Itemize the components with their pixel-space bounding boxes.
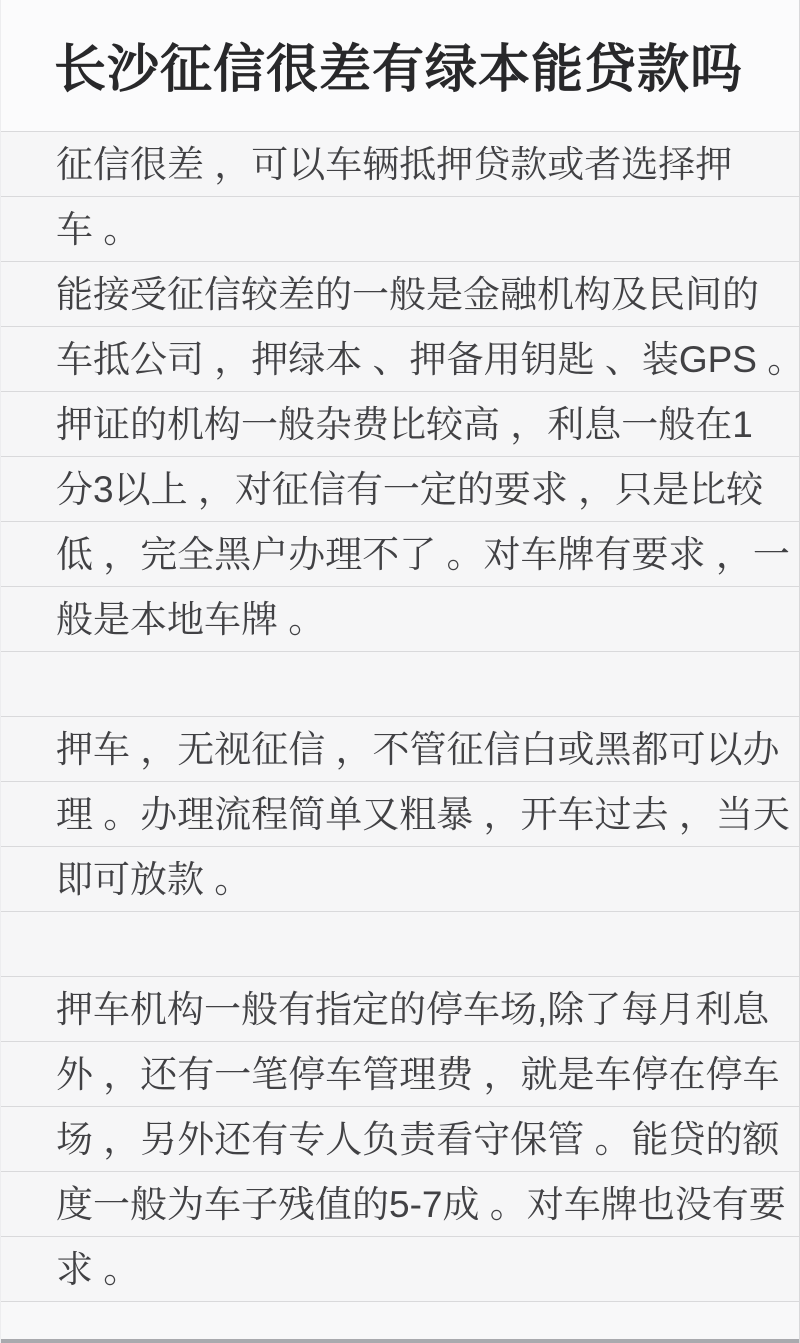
text-row: 外 ，还有一笔停车管理费 ，就是车停在停车 (1, 1041, 799, 1106)
text-row: 车 。 (1, 196, 799, 261)
text-row: 低 ，完全黑户办理不了 。对车牌有要求 ，一 (1, 521, 799, 586)
text-row: 押车机构一般有指定的停车场,除了每月利息 (1, 976, 799, 1041)
text-row: 能接受征信较差的一般是金融机构及民间的 (1, 261, 799, 326)
spacer-row (1, 911, 799, 976)
article-title: 长沙征信很差有绿本能贷款吗 (54, 42, 743, 99)
text-row: 分3以上 ，对征信有一定的要求 ，只是比较 (1, 456, 799, 521)
title-block: 长沙征信很差有绿本能贷款吗 (1, 0, 799, 131)
spacer-row (1, 1301, 799, 1339)
text-row: 车抵公司 ，押绿本 、押备用钥匙 、装GPS 。 (1, 326, 799, 391)
text-row: 押证的机构一般杂费比较高 ，利息一般在1 (1, 391, 799, 456)
text-row: 场 ，另外还有专人负责看守保管 。能贷的额 (1, 1106, 799, 1171)
text-row: 理 。办理流程简单又粗暴 ，开车过去 ，当天 (1, 781, 799, 846)
text-row: 即可放款 。 (1, 846, 799, 911)
text-row: 度一般为车子残值的5-7成 。对车牌也没有要 (1, 1171, 799, 1236)
footer-bar (1, 1339, 799, 1343)
text-row: 征信很差 ，可以车辆抵押贷款或者选择押 (1, 131, 799, 196)
text-row: 求 。 (1, 1236, 799, 1301)
text-row: 押车 ，无视征信 ，不管征信白或黑都可以办 (1, 716, 799, 781)
article-page: 长沙征信很差有绿本能贷款吗 征信很差 ，可以车辆抵押贷款或者选择押 车 。 能接… (0, 0, 800, 1343)
spacer-row (1, 651, 799, 716)
text-row: 般是本地车牌 。 (1, 586, 799, 651)
